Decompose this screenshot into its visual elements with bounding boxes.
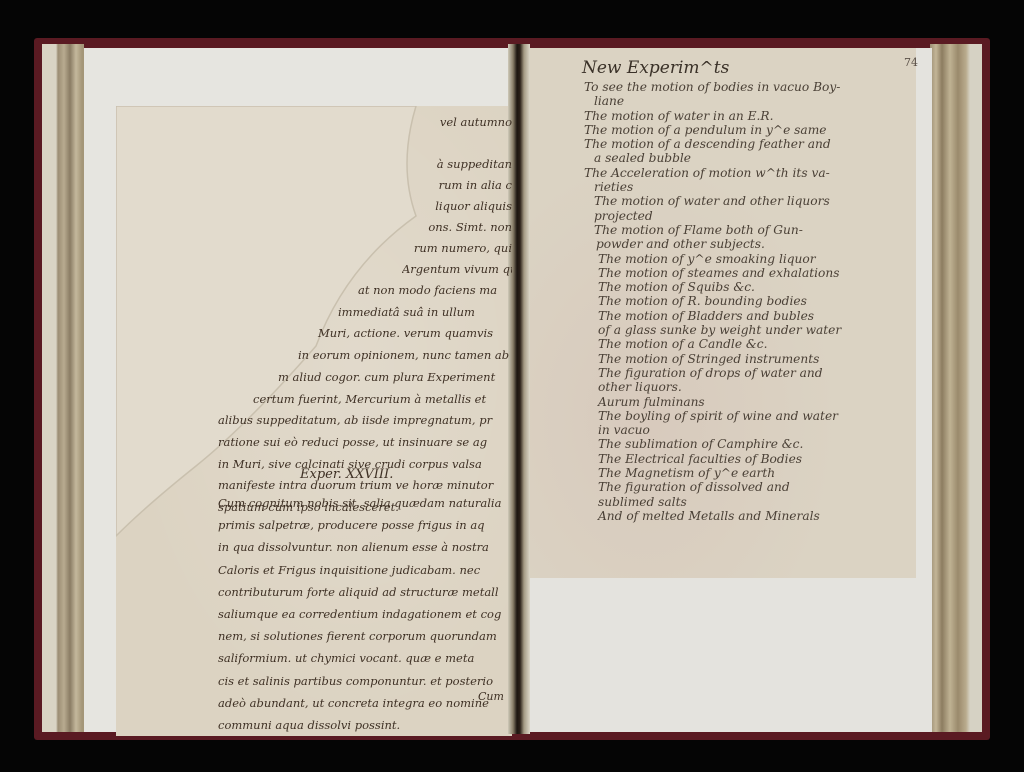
text-line: nem, si solutiones fierent corporum quor… [218,625,512,647]
list-item: The Magnetism of y^e earth [584,466,914,480]
list-item: liane [584,94,914,108]
left-page-middle-text: at non modo faciens ma immediatâ suâ in … [218,280,510,519]
list-item: The figuration of dissolved and [584,480,914,494]
list-item: of a glass sunke by weight under water [584,323,914,337]
catchword: Cum [478,690,504,703]
text-line [402,133,512,154]
list-item: The motion of a Candle &c. [584,337,914,351]
text-line: vel autumno [402,112,512,133]
text-line: immediatâ suâ in ullum [218,302,510,324]
list-item: The motion of Stringed instruments [584,352,914,366]
list-item: other liquors. [584,380,914,394]
list-item: The motion of water in an E.R. [584,109,914,123]
list-item: The figuration of drops of water and [584,366,914,380]
left-page-body-text: Cum cognitum nobis sit, salia quædam nat… [218,492,512,736]
list-item: And of melted Metalls and Minerals [584,509,914,523]
right-page-edges [930,44,982,732]
text-line: adeò abundant, ut concreta integra eo no… [218,692,512,714]
text-line: liquor aliquis [402,196,512,217]
list-item: The Acceleration of motion w^th its va- [584,166,914,180]
text-line: primis salpetræ, producere posse frigus … [218,514,512,536]
list-item: powder and other subjects. [584,237,914,251]
section-heading: Exper. XXVIII. [300,467,393,482]
list-item: The motion of Squibs &c. [584,280,914,294]
text-line: à suppeditan [402,154,512,175]
text-line: communi aqua dissolvi possint. [218,714,512,736]
text-line: at non modo faciens ma [218,280,510,302]
list-item: a sealed bubble [584,151,914,165]
left-page-top-fragments: vel autumno à suppeditan rum in alia c l… [402,112,512,280]
list-item: The motion of water and other liquors [584,194,914,208]
experiment-list: To see the motion of bodies in vacuo Boy… [584,80,914,523]
list-item: projected [584,209,914,223]
list-item: rieties [584,180,914,194]
list-item: The motion of Flame both of Gun- [584,223,914,237]
text-line: in qua dissolvuntur. non alienum esse à … [218,536,512,558]
list-item: The motion of y^e smoaking liquor [584,252,914,266]
text-line: m aliud cogor. cum plura Experiment [218,367,510,389]
list-item: The Electrical faculties of Bodies [584,452,914,466]
text-line: in eorum opinionem, nunc tamen ab [218,345,510,367]
text-line: contributurum forte aliquid ad structuræ… [218,581,512,603]
text-line: ratione sui eò reduci posse, ut insinuar… [218,432,510,454]
list-item: The motion of R. bounding bodies [584,294,914,308]
list-item: The sublimation of Camphire &c. [584,437,914,451]
folio-number: 74 [904,56,918,69]
text-line: ons. Simt. non [402,217,512,238]
list-item: The motion of a pendulum in y^e same [584,123,914,137]
text-line: rum numero, qui [402,238,512,259]
text-line: alibus suppeditatum, ab iisde impregnatu… [218,410,510,432]
list-item: The motion of steames and exhalations [584,266,914,280]
list-item: The motion of Bladders and bubles [584,309,914,323]
list-item: Aurum fulminans [584,395,914,409]
list-item: sublimed salts [584,495,914,509]
list-item: To see the motion of bodies in vacuo Boy… [584,80,914,94]
text-line: Argentum vivum quod [402,259,512,280]
text-line: Muri, actione. verum quamvis [218,323,510,345]
text-line: certum fuerint, Mercurium à metallis et [218,389,510,411]
text-line: saliumque ea corredentium indagationem e… [218,603,512,625]
list-item: in vacuo [584,423,914,437]
text-line: cis et salinis partibus componuntur. et … [218,670,512,692]
list-item: The motion of a descending feather and [584,137,914,151]
text-line: rum in alia c [402,175,512,196]
page-title: New Experim^ts [582,58,729,78]
text-line: saliformium. ut chymici vocant. quæ e me… [218,647,512,669]
list-item: The boyling of spirit of wine and water [584,409,914,423]
left-page-edges [42,44,84,732]
text-line: Cum cognitum nobis sit, salia quædam nat… [218,492,512,514]
text-line: Caloris et Frigus inquisitione judicabam… [218,559,512,581]
